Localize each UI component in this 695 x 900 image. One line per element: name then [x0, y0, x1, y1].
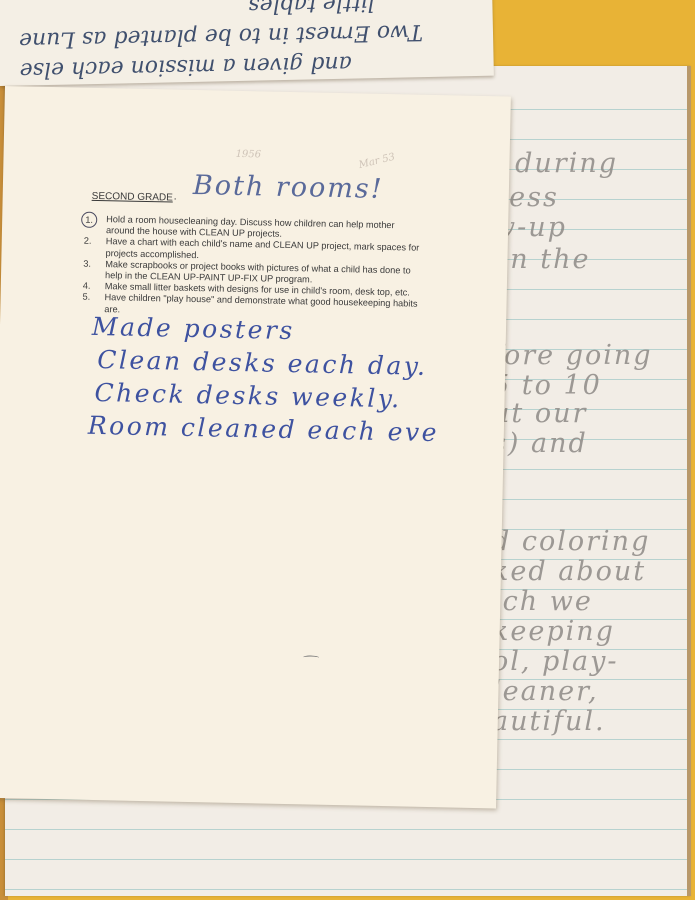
list-number: 3.	[83, 258, 99, 270]
pencil-line: fore going	[492, 340, 653, 371]
grade-heading: SECOND GRADE	[92, 191, 173, 204]
faint-date-note: Mar 53	[358, 152, 396, 171]
pencil-line: ) during	[492, 148, 618, 179]
pencil-line: leaner,	[492, 676, 599, 707]
pencil-line: ich we	[492, 586, 593, 617]
pen-mark	[303, 655, 319, 659]
handwritten-title: Both rooms!	[193, 170, 384, 205]
activity-list: 1. Hold a room housecleaning day. Discus…	[80, 214, 422, 322]
pencil-line: ol, play-	[492, 646, 618, 677]
heading-separator: .	[174, 191, 177, 203]
list-number: 2.	[84, 236, 100, 248]
list-item-text: Hold a room housecleaning day. Discuss h…	[106, 214, 395, 239]
upside-down-line: little tables	[248, 0, 375, 18]
list-number: 4.	[83, 281, 99, 293]
pencil-line: autiful.	[492, 706, 606, 737]
note-line: Room cleaned each eve	[88, 409, 440, 449]
second-grade-handout: 1956 Mar 53 SECOND GRADE . Both rooms! 1…	[0, 86, 511, 808]
page-edge-shadow	[687, 66, 691, 896]
list-number: 5.	[82, 292, 98, 304]
upside-down-line: Two Ernest in to be planted as Lune	[19, 19, 423, 52]
handwritten-notes: Made posters Clean desks each day. Check…	[90, 310, 442, 449]
pencil-line: ked about	[492, 556, 646, 587]
upside-down-line: and given a mission each else	[19, 51, 352, 83]
pencil-line: s) and	[492, 428, 588, 459]
pencil-line: ut our	[492, 398, 587, 429]
circled-number: 1.	[81, 212, 97, 228]
pencil-line: d coloring	[492, 526, 650, 557]
faint-stamp: 1956	[236, 149, 262, 161]
upside-down-letter-sheet: little tables Two Ernest in to be plante…	[0, 0, 494, 86]
pencil-line: keeping	[492, 616, 615, 647]
pencil-line: 5 to 10	[492, 370, 602, 401]
